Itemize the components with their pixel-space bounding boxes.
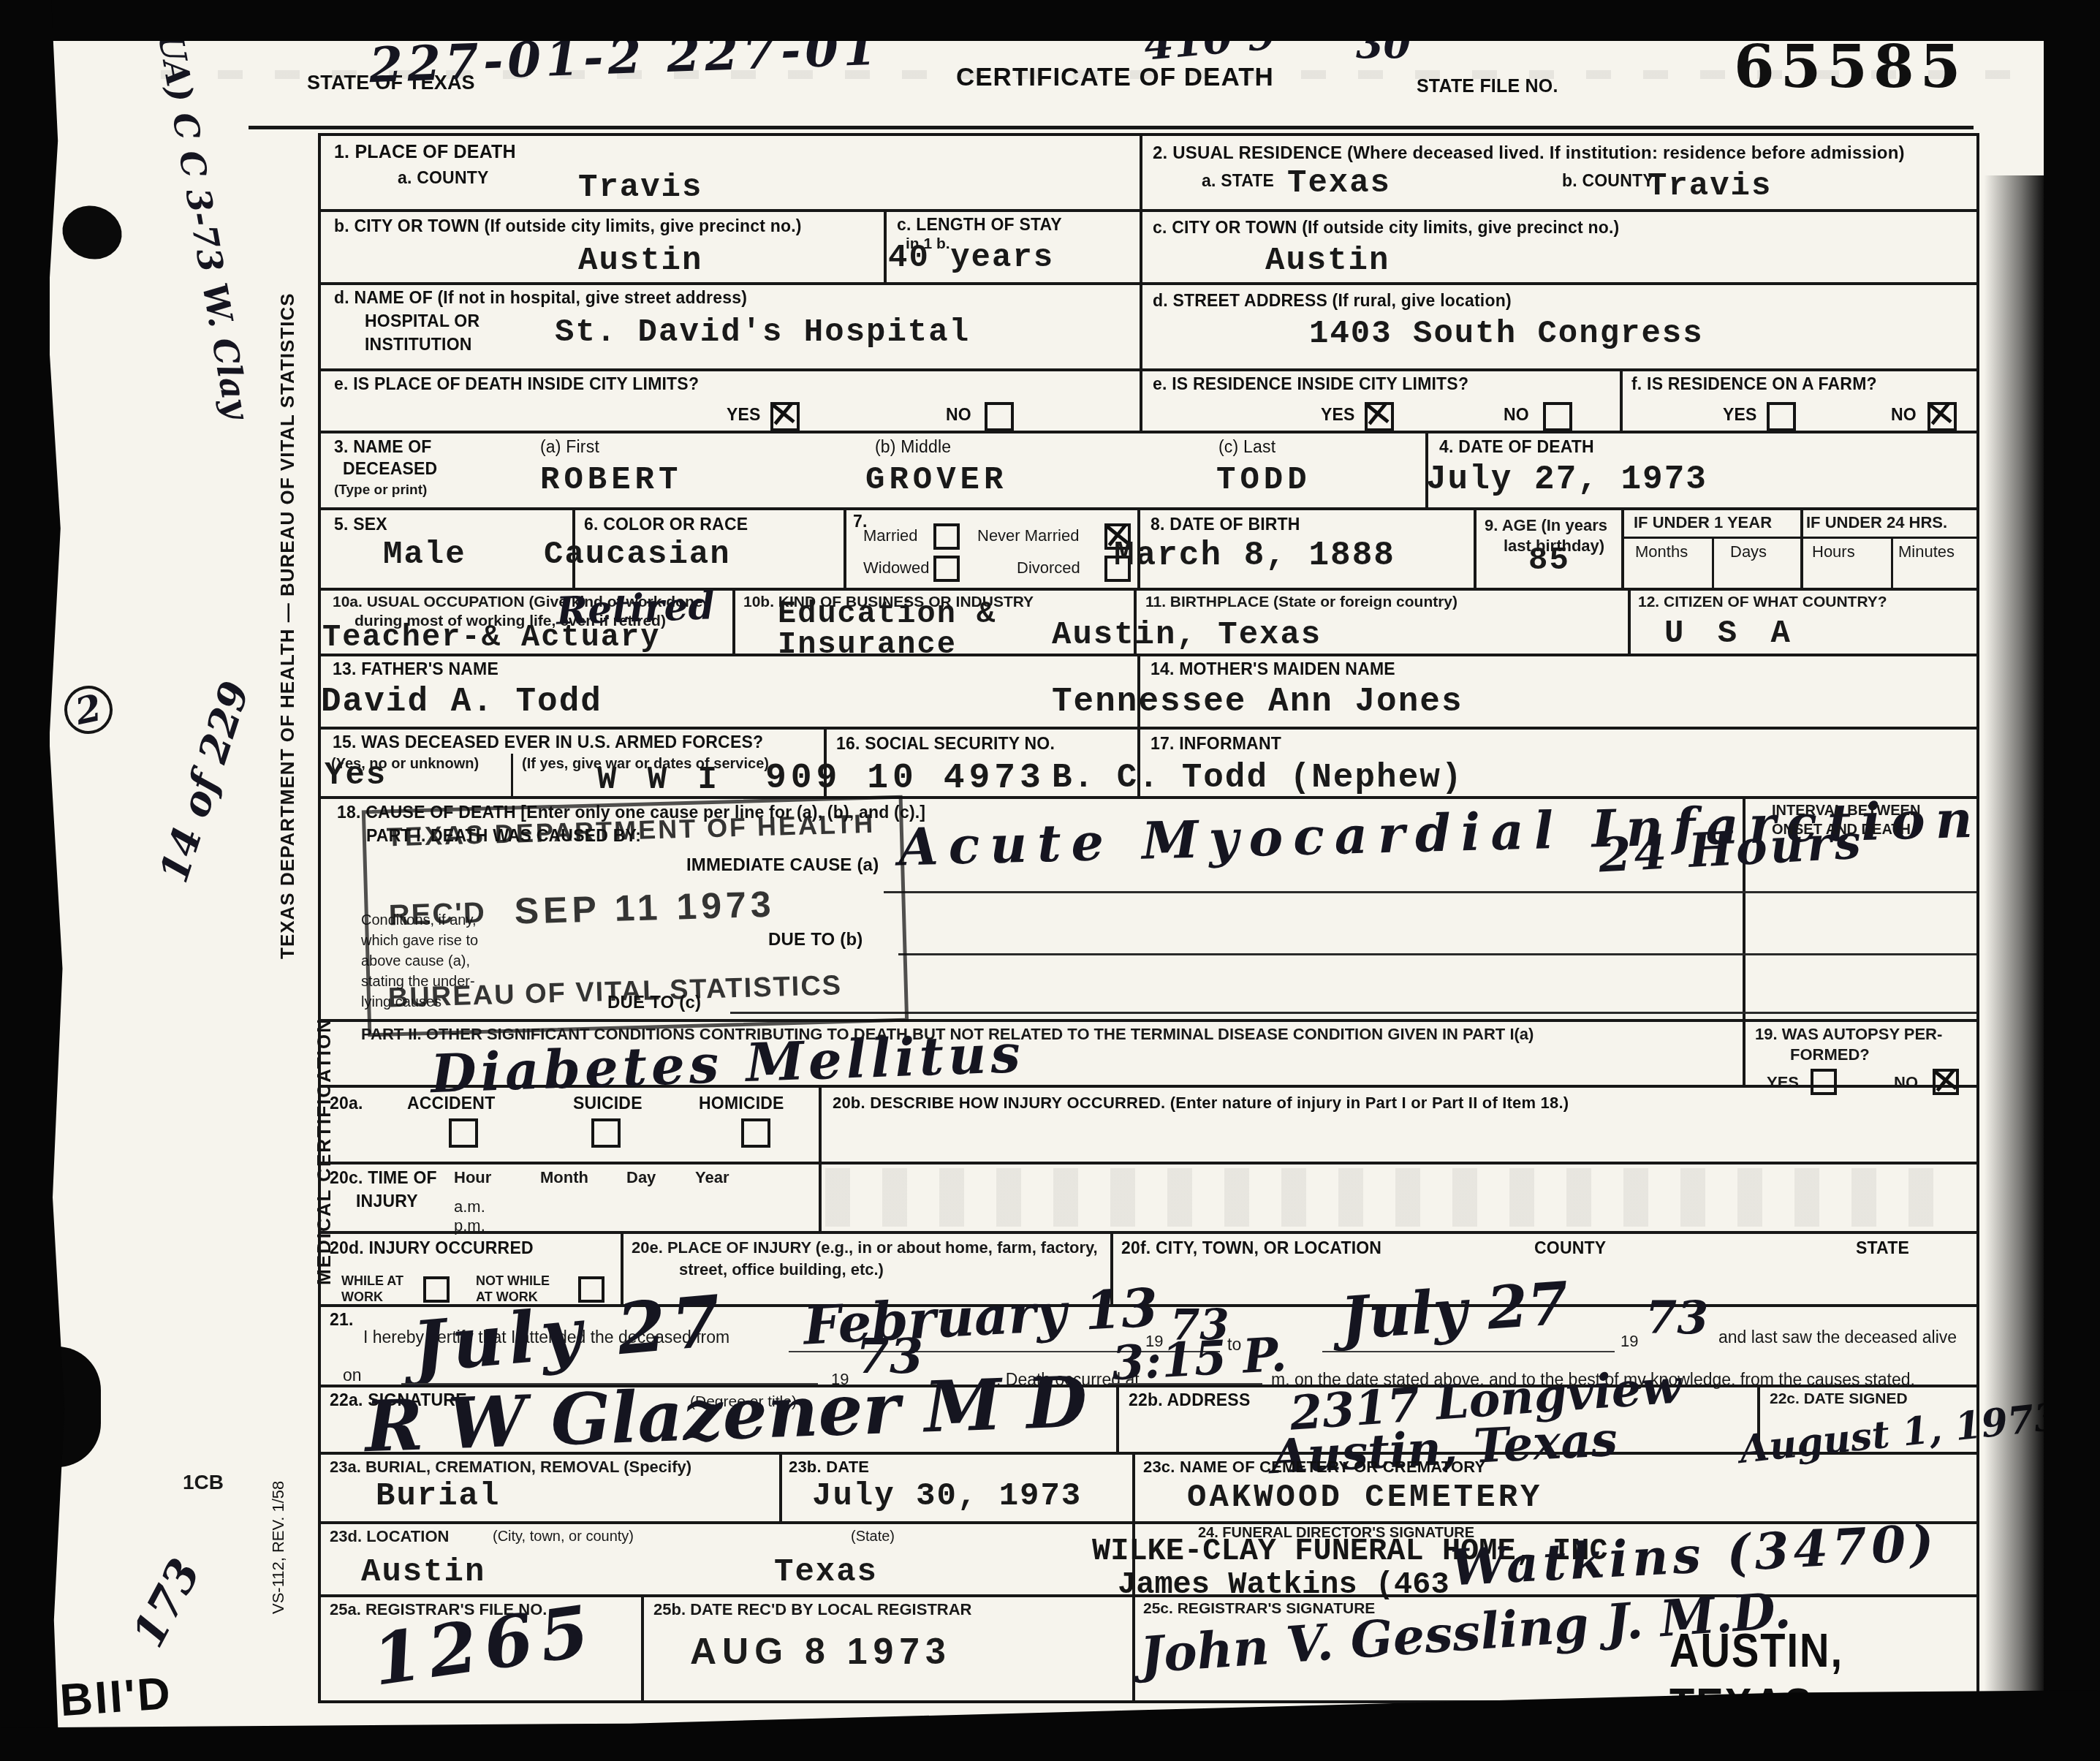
city-town-location-label: 20f. CITY, TOWN, OR LOCATION bbox=[1121, 1238, 1381, 1258]
res-city-label: c. CITY OR TOWN (If outside city limits,… bbox=[1153, 218, 1619, 238]
res-limits-label: e. IS RESIDENCE INSIDE CITY LIMITS? bbox=[1153, 374, 1468, 394]
res-county-value: Travis bbox=[1648, 168, 1772, 205]
pod-limits-yes-label: YES bbox=[727, 405, 761, 425]
scan-edge-top bbox=[0, 0, 2100, 41]
time-of-injury-label1: 20c. TIME OF bbox=[330, 1168, 437, 1188]
res-state-value: Texas bbox=[1287, 165, 1391, 202]
date-of-death-value: July 27, 1973 bbox=[1426, 461, 1707, 499]
citizen-label: 12. CITIZEN OF WHAT COUNTRY? bbox=[1638, 594, 1887, 611]
county-col-label: COUNTY bbox=[1534, 1238, 1606, 1258]
age-label1: 9. AGE (In years bbox=[1485, 516, 1607, 535]
location-sub1: (City, town, or county) bbox=[493, 1529, 634, 1545]
citizen-value: U S A bbox=[1664, 616, 1797, 652]
hours-label: Hours bbox=[1812, 542, 1855, 561]
location-city-value: Austin bbox=[361, 1554, 485, 1591]
birthplace-label: 11. BIRTHPLACE (State or foreign country… bbox=[1145, 594, 1458, 611]
month-label: Month bbox=[540, 1168, 588, 1187]
margin-form-code: VS-112, REV. 1/58 bbox=[269, 1481, 288, 1614]
armed-forces-value2: W W I bbox=[597, 762, 723, 798]
certificate-title: CERTIFICATE OF DEATH bbox=[956, 63, 1274, 92]
industry-value1: Education & bbox=[778, 597, 996, 632]
cemetery-label: 23c. NAME OF CEMETERY OR CREMATORY bbox=[1143, 1458, 1485, 1477]
scan-streak-right bbox=[1984, 175, 2047, 1761]
res-farm-label: f. IS RESIDENCE ON A FARM? bbox=[1631, 374, 1877, 394]
middle-name-label: (b) Middle bbox=[875, 437, 951, 457]
place-of-death-title: 1. PLACE OF DEATH bbox=[334, 142, 516, 163]
received-stamp: TEXAS DEPARTMENT OF HEALTH REC'D SEP 11 … bbox=[362, 795, 909, 1037]
pod-county-label: a. COUNTY bbox=[398, 168, 488, 188]
res-street-label: d. STREET ADDRESS (If rural, give locati… bbox=[1153, 291, 1512, 311]
res-state-label: a. STATE bbox=[1202, 171, 1274, 191]
pod-county-value: Travis bbox=[578, 170, 702, 206]
year-label: Year bbox=[695, 1168, 729, 1187]
certify-on: on bbox=[343, 1366, 362, 1385]
length-of-stay-value: 40 years bbox=[888, 240, 1054, 276]
header-rule bbox=[249, 126, 1974, 129]
while-at-work-label2: WORK bbox=[341, 1289, 383, 1305]
name-of-deceased-label1: 3. NAME OF bbox=[334, 437, 432, 457]
res-limits-yes-label: YES bbox=[1321, 405, 1355, 425]
date-of-birth-value: March 8, 1888 bbox=[1114, 537, 1395, 575]
if-under-1-year-label: IF UNDER 1 YEAR bbox=[1634, 513, 1772, 532]
informant-value: B. C. Todd (Nephew) bbox=[1052, 759, 1463, 797]
suicide-label: SUICIDE bbox=[573, 1094, 642, 1113]
res-limits-yes-checkbox bbox=[1365, 402, 1394, 431]
day-label: Day bbox=[626, 1168, 656, 1187]
ssn-value: 909 10 4973 bbox=[765, 759, 1045, 798]
margin-partial-stamp: BII'D bbox=[58, 1667, 174, 1727]
scan-smudge-20c bbox=[825, 1168, 1966, 1227]
father-name-value: David A. Todd bbox=[321, 683, 602, 721]
res-farm-yes-checkbox bbox=[1767, 402, 1796, 431]
hospital-value: St. David's Hospital bbox=[555, 314, 970, 351]
never-married-label: Never Married bbox=[977, 526, 1079, 545]
state-col-label: STATE bbox=[1856, 1238, 1909, 1258]
accident-checkbox bbox=[449, 1118, 478, 1148]
pod-limits-no-label: NO bbox=[946, 405, 971, 425]
pod-city-value: Austin bbox=[578, 243, 702, 279]
accident-label: ACCIDENT bbox=[407, 1094, 495, 1113]
homicide-label: HOMICIDE bbox=[699, 1094, 784, 1113]
first-name-value: ROBERT bbox=[540, 462, 682, 499]
hour-label: Hour bbox=[454, 1168, 491, 1187]
scanned-death-certificate: STATE OF TEXAS 227-01-2 227-01 CERTIFICA… bbox=[0, 0, 2100, 1761]
pod-limits-no-checkbox bbox=[985, 402, 1014, 431]
stamp-recd: REC'D bbox=[388, 897, 486, 933]
pod-city-label: b. CITY OR TOWN (If outside city limits,… bbox=[334, 216, 802, 236]
time-of-injury-label2: INJURY bbox=[356, 1192, 418, 1211]
certify-line1b: and last saw the deceased alive bbox=[1718, 1328, 1957, 1347]
hospital-label2: HOSPITAL OR bbox=[365, 311, 479, 331]
certify-to-year: 73 bbox=[1645, 1291, 1708, 1344]
months-label: Months bbox=[1635, 542, 1688, 561]
pm-label: p.m. bbox=[454, 1216, 485, 1235]
race-value: Caucasian bbox=[544, 537, 731, 573]
location-label: 23d. LOCATION bbox=[330, 1527, 449, 1546]
date-of-death-label: 4. DATE OF DEATH bbox=[1439, 437, 1594, 457]
suicide-checkbox bbox=[591, 1118, 621, 1148]
res-farm-yes-label: YES bbox=[1723, 405, 1757, 425]
autopsy-yes-checkbox bbox=[1811, 1069, 1837, 1095]
not-while-label1: NOT WHILE bbox=[476, 1273, 550, 1289]
sex-label: 5. SEX bbox=[334, 515, 387, 534]
minutes-label: Minutes bbox=[1898, 542, 1955, 561]
location-sub2: (State) bbox=[851, 1529, 895, 1545]
item20a-label: 20a. bbox=[330, 1094, 363, 1113]
res-county-label: b. COUNTY bbox=[1562, 171, 1654, 191]
funeral-director-typed: James Watkins (463 bbox=[1118, 1567, 1449, 1602]
autopsy-label1: 19. WAS AUTOPSY PER- bbox=[1755, 1025, 1942, 1044]
res-limits-no-checkbox bbox=[1543, 402, 1572, 431]
res-city-value: Austin bbox=[1265, 243, 1390, 279]
industry-value2: Insurance bbox=[778, 627, 957, 662]
pod-limits-yes-checkbox bbox=[770, 402, 800, 431]
while-at-work-checkbox bbox=[423, 1276, 450, 1303]
pod-city-limits-label: e. IS PLACE OF DEATH INSIDE CITY LIMITS? bbox=[334, 374, 699, 394]
death-time-handwritten: 3:15 P. bbox=[1110, 1328, 1288, 1391]
state-file-no-label: STATE FILE NO. bbox=[1417, 76, 1558, 97]
burial-date-value: July 30, 1973 bbox=[812, 1478, 1082, 1515]
date-signed-label: 22c. DATE SIGNED bbox=[1770, 1390, 1908, 1408]
widowed-label: Widowed bbox=[863, 558, 929, 577]
mother-name-value: Tennessee Ann Jones bbox=[1052, 683, 1463, 721]
name-of-deceased-label3: (Type or print) bbox=[334, 482, 427, 499]
informant-label: 17. INFORMANT bbox=[1151, 734, 1281, 754]
place-of-injury-label: 20e. PLACE OF INJURY (e.g., in or about … bbox=[632, 1238, 1098, 1257]
certify-to-handwritten: July 27 bbox=[1338, 1268, 1571, 1353]
place-of-injury-label2: street, office building, etc.) bbox=[679, 1260, 884, 1279]
state-file-number: 65585 bbox=[1734, 32, 1966, 101]
injury-occurred-label: 20d. INJURY OCCURRED bbox=[330, 1238, 534, 1258]
scan-edge-right bbox=[2044, 0, 2100, 1761]
autopsy-yes-label: YES bbox=[1767, 1073, 1799, 1092]
birthplace-value: Austin, Texas bbox=[1052, 617, 1322, 654]
hospital-label3: INSTITUTION bbox=[365, 335, 472, 355]
date-recd-stamp: AUG 8 1973 bbox=[690, 1630, 952, 1673]
divorced-label: Divorced bbox=[1017, 558, 1080, 577]
armed-forces-label: 15. WAS DECEASED EVER IN U.S. ARMED FORC… bbox=[333, 732, 763, 752]
res-street-value: 1403 South Congress bbox=[1309, 316, 1704, 352]
last-name-label: (c) Last bbox=[1218, 437, 1275, 457]
middle-name-value: GROVER bbox=[865, 462, 1007, 499]
stamp-line1: TEXAS DEPARTMENT OF HEALTH bbox=[386, 808, 876, 853]
ssn-label: 16. SOCIAL SECURITY NO. bbox=[836, 734, 1055, 754]
married-label: Married bbox=[863, 526, 918, 545]
days-label: Days bbox=[1730, 542, 1767, 561]
address-label: 22b. ADDRESS bbox=[1129, 1390, 1250, 1410]
location-state-value: Texas bbox=[774, 1554, 878, 1591]
date-recd-label: 25b. DATE REC'D BY LOCAL REGISTRAR bbox=[653, 1600, 972, 1619]
occupation-value: Teacher-& Actuary bbox=[322, 620, 660, 655]
am-label: a.m. bbox=[454, 1197, 485, 1216]
hospital-label: d. NAME OF (If not in hospital, give str… bbox=[334, 288, 747, 308]
name-of-deceased-label2: DECEASED bbox=[343, 459, 437, 479]
father-name-label: 13. FATHER'S NAME bbox=[333, 659, 499, 679]
mother-name-label: 14. MOTHER'S MAIDEN NAME bbox=[1151, 659, 1395, 679]
homicide-checkbox bbox=[741, 1118, 770, 1148]
cemetery-value: OAKWOOD CEMETERY bbox=[1187, 1480, 1542, 1516]
funeral-director-signature: Watkins (3470) bbox=[1449, 1514, 1939, 1598]
married-checkbox bbox=[933, 523, 960, 550]
armed-forces-value1: Yes bbox=[325, 757, 387, 794]
res-limits-no-label: NO bbox=[1504, 405, 1529, 425]
if-under-24-hrs-label: IF UNDER 24 HRS. bbox=[1806, 513, 1947, 532]
length-of-stay-label: c. LENGTH OF STAY bbox=[897, 215, 1062, 235]
race-label: 6. COLOR OR RACE bbox=[584, 515, 748, 534]
date-of-birth-label: 8. DATE OF BIRTH bbox=[1151, 515, 1300, 534]
stamp-line3: BUREAU OF VITAL STATISTICS bbox=[387, 970, 842, 1014]
autopsy-no-checkbox bbox=[1933, 1069, 1959, 1095]
usual-residence-title: 2. USUAL RESIDENCE (Where deceased lived… bbox=[1153, 143, 1905, 164]
certify-19b: 19 bbox=[1621, 1332, 1638, 1351]
widowed-checkbox bbox=[933, 556, 960, 582]
autopsy-no-label: NO bbox=[1894, 1073, 1918, 1092]
burial-value: Burial bbox=[376, 1478, 500, 1515]
burial-date-label: 23b. DATE bbox=[789, 1458, 869, 1477]
item21-label: 21. bbox=[330, 1310, 354, 1330]
age-value: 85 bbox=[1528, 542, 1570, 579]
stamp-date: SEP 11 1973 bbox=[514, 883, 776, 933]
burial-label: 23a. BURIAL, CREMATION, REMOVAL (Specify… bbox=[330, 1458, 691, 1477]
first-name-label: (a) First bbox=[540, 437, 599, 457]
sex-value: Male bbox=[383, 537, 466, 573]
last-name-value: TODD bbox=[1216, 462, 1311, 499]
res-farm-no-checkbox bbox=[1927, 402, 1957, 431]
autopsy-label2: FORMED? bbox=[1790, 1045, 1870, 1064]
certify-on-handwritten: July 27 bbox=[409, 1279, 730, 1388]
margin-agency-label: TEXAS DEPARTMENT OF HEALTH — BUREAU OF V… bbox=[276, 292, 299, 959]
item20b-label: 20b. DESCRIBE HOW INJURY OCCURRED. (Ente… bbox=[833, 1094, 1569, 1113]
while-at-work-label1: WHILE AT bbox=[341, 1273, 403, 1289]
margin-cb-mark: 1CB bbox=[183, 1471, 224, 1494]
res-farm-no-label: NO bbox=[1891, 405, 1917, 425]
certificate-form: 1. PLACE OF DEATH a. COUNTY Travis b. CI… bbox=[318, 133, 1979, 1703]
